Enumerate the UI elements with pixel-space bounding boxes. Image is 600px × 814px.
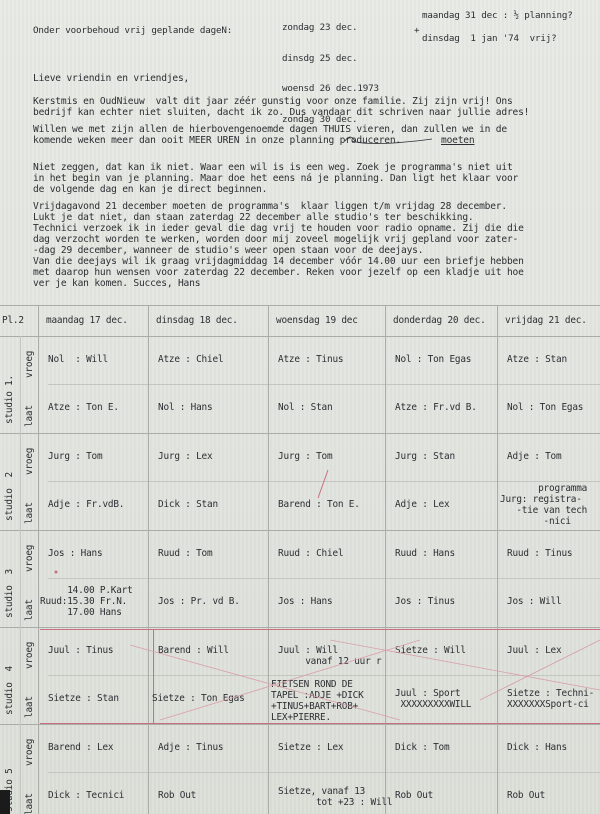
shift-cell-early: Sietze : Lex <box>278 742 343 753</box>
shift-cell-early: Atze : Chiel <box>158 354 223 365</box>
letter-line: -dag 29 december, wanneer de studio's we… <box>33 245 423 256</box>
letter-line: de volgende dag en kan je direct beginne… <box>33 184 267 195</box>
shift-cell-early: Juul : Lex <box>507 645 561 656</box>
grid-line <box>497 305 498 814</box>
grid-line <box>0 627 600 628</box>
shift-cell-early: Juul : Will vanaf 12 uur r <box>278 645 381 667</box>
red-pencil-line <box>40 723 600 724</box>
shift-label-late: laat <box>24 793 35 814</box>
paper-sheet: Onder voorbehoud vrij geplande dageN: zo… <box>0 0 600 814</box>
shift-label-early: vroeg <box>24 351 35 378</box>
grid-line <box>0 305 600 306</box>
shift-cell-late: Sietze : Techni- XXXXXXXSport-ci <box>507 688 594 710</box>
grid-line <box>0 724 600 725</box>
extra-day-2: dinsdag 1 jan '74 vrij? <box>422 33 557 44</box>
shift-cell-late: 14.00 P.Kart Ruud:15.30 Fr.N. 17.00 Hans <box>40 585 133 618</box>
shift-cell-late: Rob Out <box>158 790 196 801</box>
grid-line <box>20 336 21 814</box>
shift-cell-late: Dick : Stan <box>158 499 218 510</box>
day-header: woensdag 19 dec <box>276 315 358 326</box>
letter-line: Kerstmis en OudNieuw valt dit jaar zéér … <box>33 96 513 107</box>
grid-line <box>38 305 39 814</box>
shift-label-late: laat <box>24 696 35 718</box>
studio-label: studio 2 <box>4 472 15 521</box>
letter-line: Willen we met zijn allen de hierbovengen… <box>33 124 507 135</box>
red-pencil-line <box>153 629 154 723</box>
letter-line: in het begin van je planning. Maar doe h… <box>33 173 518 184</box>
letter-line: ver je kan komen. Succes, Hans <box>33 278 200 289</box>
letter-line: Lukt je dat niet, dan staan zaterdag 22 … <box>33 212 474 223</box>
shift-cell-late: Atze : Fr.vd B. <box>395 402 477 413</box>
shift-cell-late: programma Jurg: registra- -tie van tech … <box>500 483 587 527</box>
letter-line: Technici verzoek ik in ieder geval die d… <box>33 223 524 234</box>
day-header: dinsdag 18 dec. <box>156 315 238 326</box>
grid-line <box>48 384 600 385</box>
shift-cell-early: Dick : Hans <box>507 742 567 753</box>
grid-line <box>385 305 386 814</box>
day-header: vrijdag 21 dec. <box>505 315 587 326</box>
shift-cell-early: Jurg : Stan <box>395 451 455 462</box>
grid-line <box>48 675 600 676</box>
shift-label-late: laat <box>24 405 35 427</box>
shift-cell-late: Nol : Ton Egas <box>507 402 583 413</box>
grid-line <box>0 336 600 337</box>
corner-label: Pl.2 <box>2 315 24 326</box>
shift-cell-early: Juul : Tinus <box>48 645 113 656</box>
shift-cell-late: Jos : Tinus <box>395 596 455 607</box>
studio-label: studio 4 <box>4 666 15 715</box>
shift-cell-late: Jos : Will <box>507 596 561 607</box>
shift-cell-late: FIETSEN ROND DE TAPEL :ADJE +DICK +TINUS… <box>271 679 364 723</box>
inserted-word: moeten <box>441 135 474 146</box>
letter-line: met daarop hun wensen voor zaterdag 22 d… <box>33 267 524 278</box>
shift-cell-early: Barend : Lex <box>48 742 113 753</box>
shift-cell-late: Barend : Ton E. <box>278 499 360 510</box>
grid-line <box>148 305 149 814</box>
shift-cell-early: Ruud : Tom <box>158 548 212 559</box>
studio-label: studio 1. <box>4 375 15 424</box>
shift-cell-early: Barend : Will <box>158 645 229 656</box>
shift-cell-late: Sietze, vanaf 13 tot +23 : Will <box>278 786 392 808</box>
shift-cell-late: Jos : Hans <box>278 596 332 607</box>
shift-cell-late: Sietze : Ton Egas <box>152 693 245 704</box>
shift-cell-late: Juul : Sport XXXXXXXXXWILL <box>395 688 471 710</box>
shift-cell-late: Jos : Pr. vd B. <box>158 596 240 607</box>
grid-line <box>48 481 600 482</box>
shift-cell-early: Ruud : Chiel <box>278 548 343 559</box>
shift-cell-early: Ruud : Tinus <box>507 548 572 559</box>
letter-line: Van die deejays wil ik graag vrijdagmidd… <box>33 256 524 267</box>
free-day: dinsdg 25 dec. <box>282 55 379 64</box>
studio-label: studio 3 <box>4 569 15 618</box>
shift-cell-early: Adje : Tinus <box>158 742 223 753</box>
scan-edge <box>0 790 10 814</box>
shift-label-early: vroeg <box>24 545 35 572</box>
plus-sign: + <box>414 25 419 36</box>
grid-line <box>0 530 600 531</box>
grid-line <box>48 772 600 773</box>
free-day: woensd 26 dec.1973 <box>282 85 379 94</box>
shift-cell-late: Rob Out <box>395 790 433 801</box>
shift-label-late: laat <box>24 599 35 621</box>
shift-cell-early: Jurg : Lex <box>158 451 212 462</box>
shift-label-late: laat <box>24 502 35 524</box>
shift-label-early: vroeg <box>24 448 35 475</box>
extra-day-1: maandag 31 dec : ½ planning? <box>422 10 573 21</box>
day-header: donderdag 20 dec. <box>393 315 486 326</box>
red-pencil-line <box>40 629 600 630</box>
letter-line: Vrijdagavond 21 december moeten de progr… <box>33 201 507 212</box>
shift-cell-early: Jurg : Tom <box>48 451 102 462</box>
letter-line: dag verzocht worden te werken, worden do… <box>33 234 518 245</box>
greeting: Lieve vriendin en vriendjes, <box>33 73 189 84</box>
shift-cell-late: Nol : Stan <box>278 402 332 413</box>
grid-line <box>268 305 269 814</box>
shift-cell-early: Dick : Tom <box>395 742 449 753</box>
shift-cell-early: Atze : Tinus <box>278 354 343 365</box>
letter-line: komende weken meer dan ooit MEER UREN in… <box>33 135 401 146</box>
shift-cell-late: Adje : Lex <box>395 499 449 510</box>
letter-line: bedrijf kan echter niet sluiten, dacht i… <box>33 107 529 118</box>
letter-line: Niet zeggen, dat kan ik niet. Waar een w… <box>33 162 513 173</box>
shift-cell-early: Atze : Stan <box>507 354 567 365</box>
reservation-label: Onder voorbehoud vrij geplande dageN: <box>33 25 232 36</box>
grid-line <box>0 433 600 434</box>
shift-cell-early: Nol : Ton Egas <box>395 354 471 365</box>
shift-cell-late: Dick : Tecnici <box>48 790 124 801</box>
shift-cell-late: Sietze : Stan <box>48 693 119 704</box>
shift-cell-late: Adje : Fr.vdB. <box>48 499 124 510</box>
day-header: maandag 17 dec. <box>46 315 128 326</box>
shift-cell-late: Atze : Ton E. <box>48 402 119 413</box>
free-day: zondag 23 dec. <box>282 24 379 33</box>
shift-cell-early: Jurg : Tom <box>278 451 332 462</box>
shift-cell-late: Nol : Hans <box>158 402 212 413</box>
shift-cell-early: Sietze : Will <box>395 645 466 656</box>
shift-cell-early: Nol : Will <box>48 354 108 365</box>
grid-line <box>48 578 600 579</box>
shift-cell-early: Jos : Hans <box>48 548 102 559</box>
shift-cell-early: Adje : Tom <box>507 451 561 462</box>
shift-label-early: vroeg <box>24 642 35 669</box>
shift-cell-early: Ruud : Hans <box>395 548 455 559</box>
shift-label-early: vroeg <box>24 739 35 766</box>
shift-cell-late: Rob Out <box>507 790 545 801</box>
